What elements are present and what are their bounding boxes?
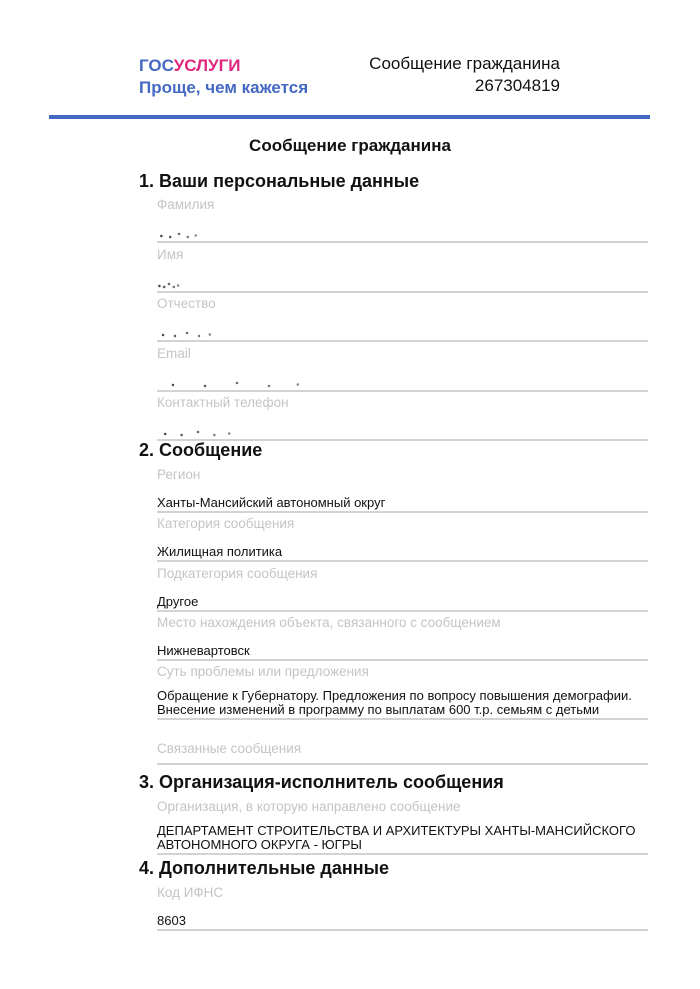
redacted-text: [скрыто]: [157, 329, 217, 339]
page-title: Сообщение гражданина: [0, 136, 700, 156]
field-object-location: Место нахождения объекта, связанного с с…: [157, 614, 648, 661]
field-value: Ханты-Мансийский автономный округ: [157, 496, 648, 513]
document-header: ГОСУСЛУГИ Проще, чем кажется Сообщение г…: [0, 0, 700, 120]
field-value: [157, 762, 648, 765]
field-value-redacted: [скрыто]: [157, 276, 648, 293]
field-subcategory: Подкатегория сообщения Другое: [157, 565, 648, 612]
field-email: Email [скрыто]: [157, 345, 648, 392]
field-phone: Контактный телефон [скрыто]: [157, 394, 648, 441]
field-label: Подкатегория сообщения: [157, 565, 648, 583]
field-value: Обращение к Губернатору. Предложения по …: [157, 689, 648, 720]
field-value: Жилищная политика: [157, 545, 648, 562]
field-label: Место нахождения объекта, связанного с с…: [157, 614, 648, 632]
document-id-block: Сообщение гражданина 267304819: [369, 53, 560, 97]
field-value: 8603: [157, 914, 648, 931]
section-heading-additional: 4. Дополнительные данные: [139, 857, 389, 879]
field-label: Фамилия: [157, 196, 648, 214]
field-value-redacted: [скрыто]: [157, 226, 648, 243]
field-value-redacted: [скрыто]: [157, 375, 648, 392]
field-label: Регион: [157, 466, 648, 484]
redacted-text: [скрыто]: [157, 428, 239, 438]
section-heading-executor: 3. Организация-исполнитель сообщения: [139, 771, 504, 793]
field-category: Категория сообщения Жилищная политика: [157, 515, 648, 562]
field-patronymic: Отчество [скрыто]: [157, 295, 648, 342]
logo-gos: ГОС: [139, 56, 174, 75]
field-first-name: Имя [скрыто]: [157, 246, 648, 293]
logo-slogan: Проще, чем кажется: [139, 77, 308, 99]
field-label: Имя: [157, 246, 648, 264]
field-label: Email: [157, 345, 648, 363]
gosuslugi-logo: ГОСУСЛУГИ Проще, чем кажется: [139, 55, 308, 99]
field-value: Нижневартовск: [157, 644, 648, 661]
field-region: Регион Ханты-Мансийский автономный округ: [157, 466, 648, 513]
document-number: 267304819: [369, 75, 560, 97]
field-value-redacted: [скрыто]: [157, 325, 648, 342]
field-problem-essence: Суть проблемы или предложения Обращение …: [157, 663, 648, 720]
section-heading-message: 2. Сообщение: [139, 439, 262, 461]
header-divider: [49, 115, 650, 119]
field-label: Отчество: [157, 295, 648, 313]
document-type: Сообщение гражданина: [369, 53, 560, 75]
field-value: ДЕПАРТАМЕНТ СТРОИТЕЛЬСТВА И АРХИТЕКТУРЫ …: [157, 824, 648, 855]
redacted-text: [скрыто]: [157, 280, 181, 290]
field-organization: Организация, в которую направлено сообще…: [157, 798, 648, 855]
field-value: Другое: [157, 595, 648, 612]
section-heading-personal-data: 1. Ваши персональные данные: [139, 170, 419, 192]
field-label: Контактный телефон: [157, 394, 648, 412]
field-label: Связанные сообщения: [157, 740, 648, 758]
field-label: Код ИФНС: [157, 884, 648, 902]
redacted-text: [скрыто]: [157, 230, 201, 240]
field-related-messages: Связанные сообщения: [157, 740, 648, 765]
field-label: Суть проблемы или предложения: [157, 663, 648, 681]
field-ifns-code: Код ИФНС 8603: [157, 884, 648, 931]
field-label: Категория сообщения: [157, 515, 648, 533]
field-label: Организация, в которую направлено сообще…: [157, 798, 648, 816]
field-last-name: Фамилия [скрыто]: [157, 196, 648, 243]
redacted-text: [скрыто]: [157, 379, 317, 389]
logo-uslugi: УСЛУГИ: [174, 56, 241, 75]
